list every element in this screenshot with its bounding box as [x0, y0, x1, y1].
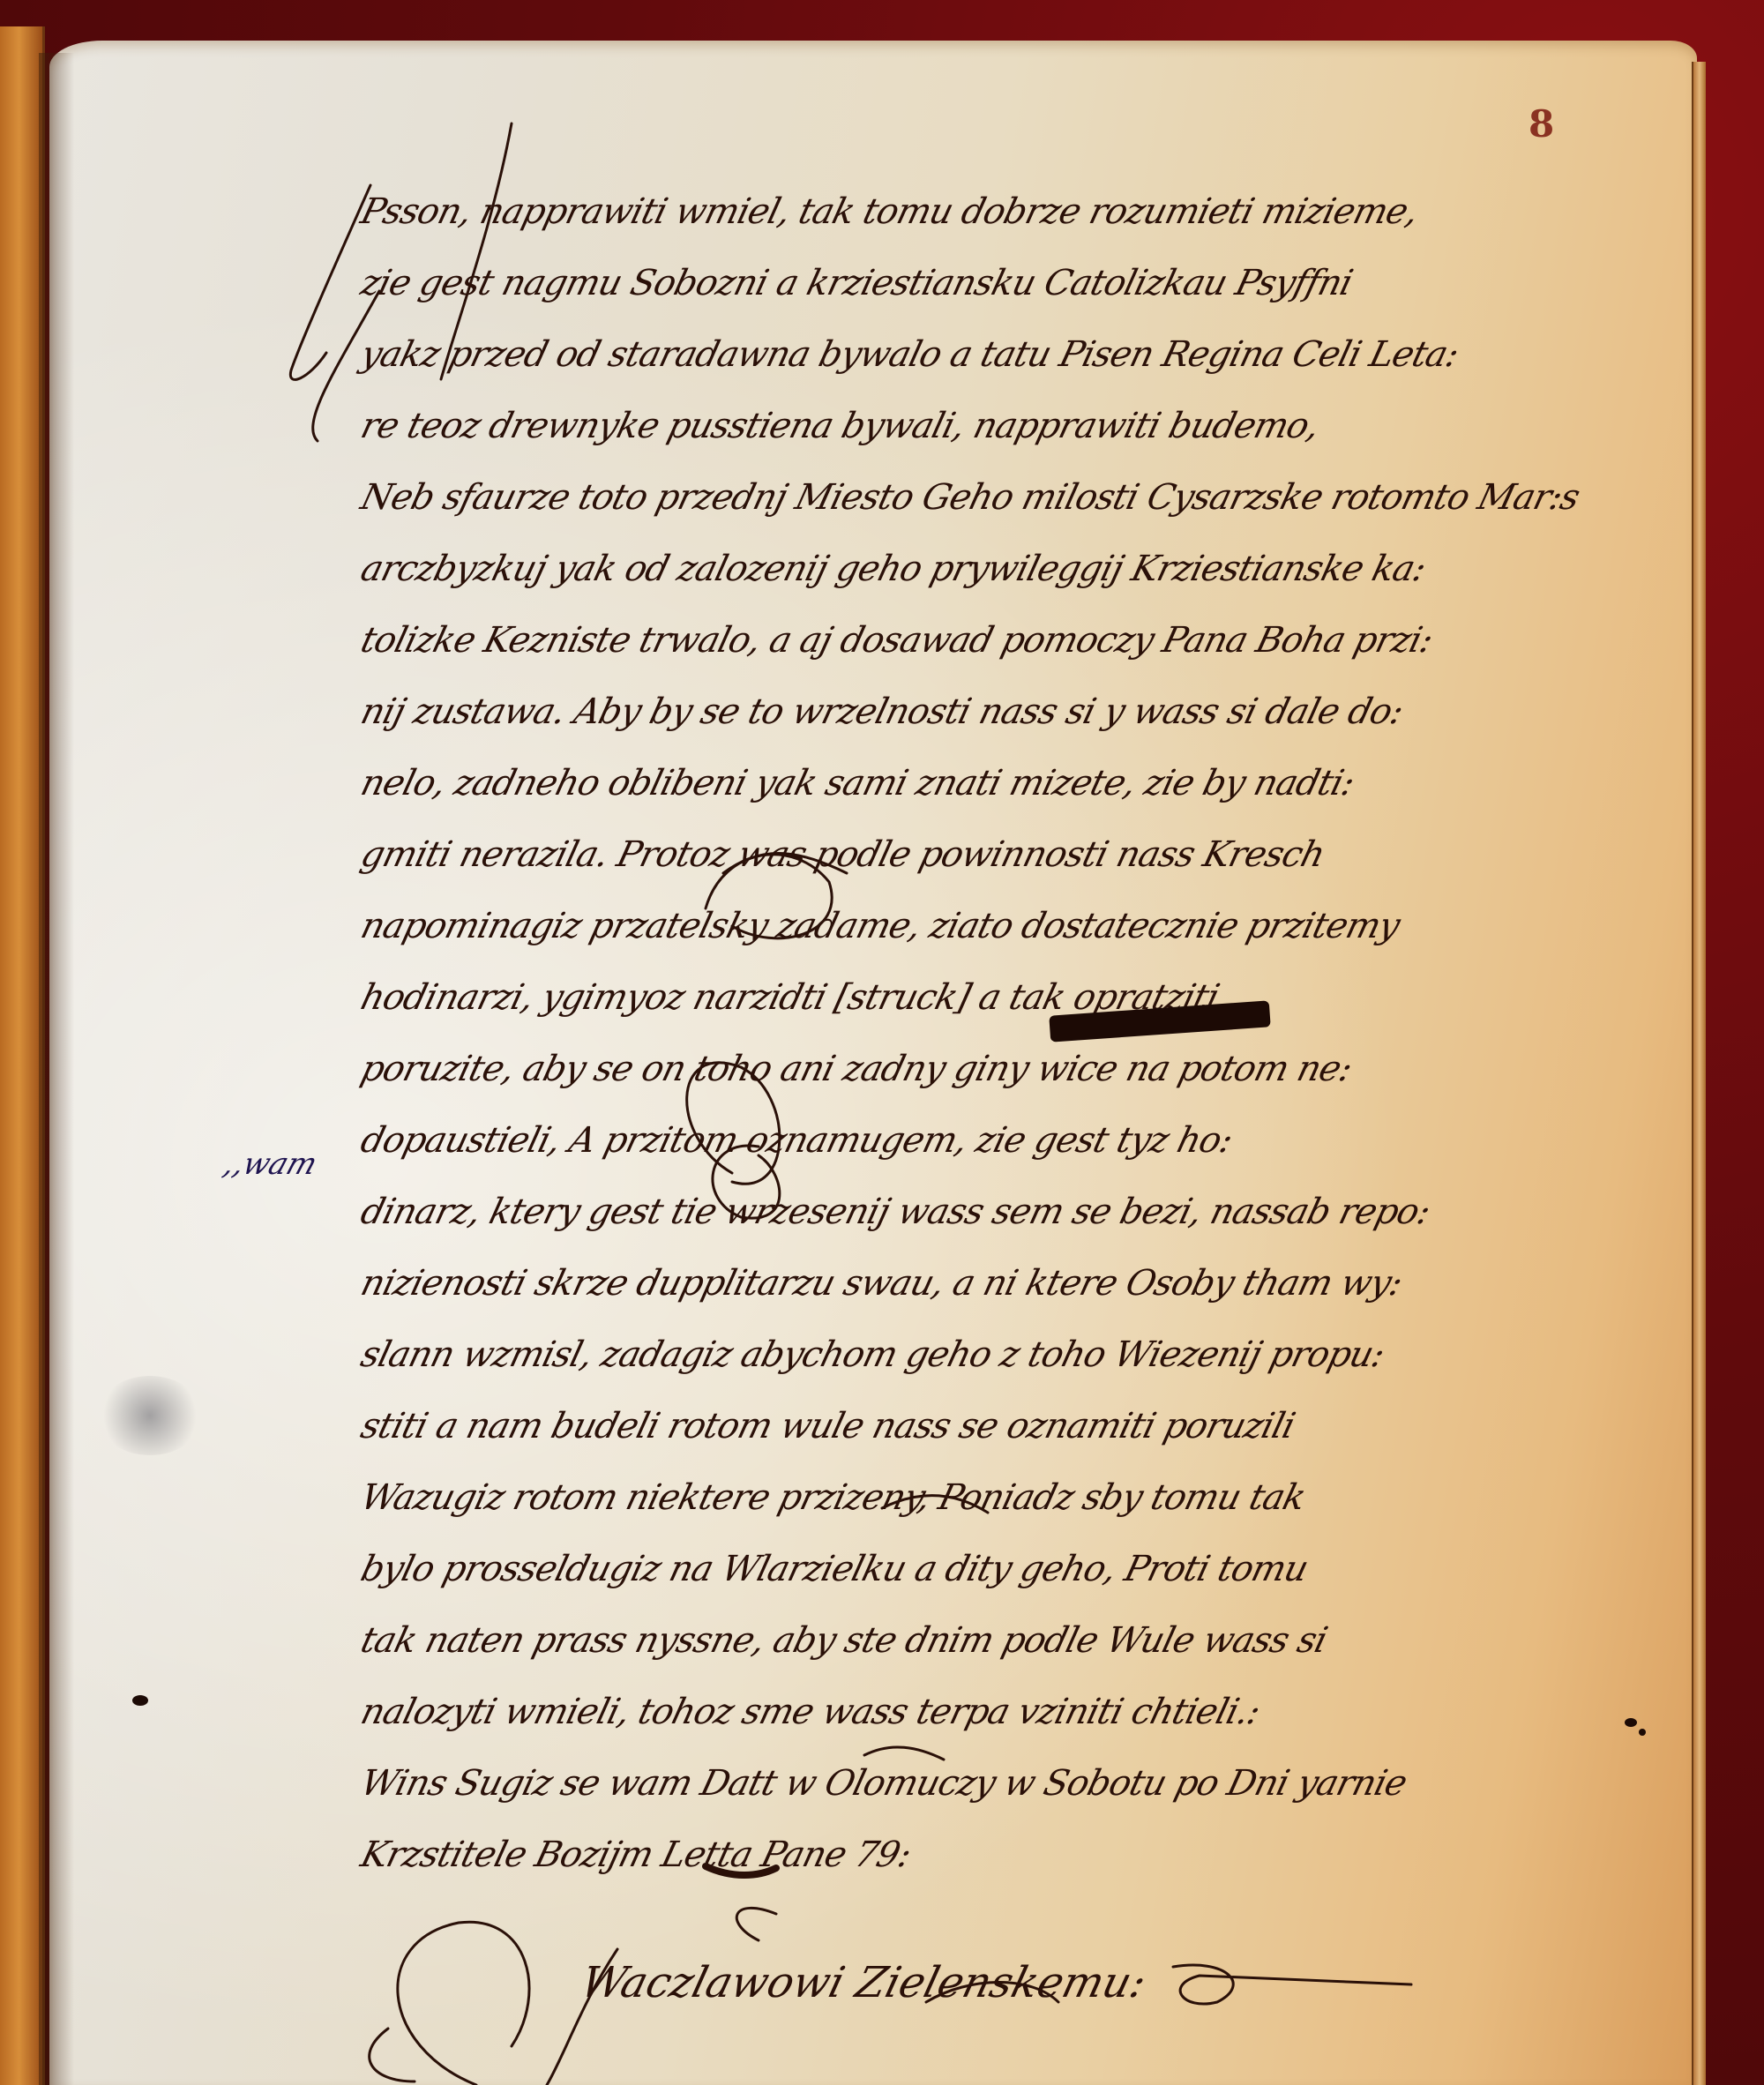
text-line: dopaustieli, A przitom oznamugem, zie ge…	[353, 1105, 1676, 1177]
text-line: Wins Sugiz se wam Datt w Olomuczy w Sobo…	[353, 1748, 1676, 1820]
text-line: yakz przed od staradawna bywalo a tatu P…	[353, 319, 1676, 391]
text-line: zie gest nagmu Sobozni a krziestiansku C…	[353, 248, 1676, 319]
text-line: tolizke Kezniste trwalo, a aj dosawad po…	[353, 605, 1676, 676]
text-line: napominagiz przatelsky zadame, ziato dos…	[353, 891, 1676, 962]
ink-dot	[1639, 1729, 1646, 1736]
letter-body: Psson, napprawiti wmiel, tak tomu dobrze…	[353, 176, 1658, 1891]
text-line: Psson, napprawiti wmiel, tak tomu dobrze…	[353, 176, 1676, 248]
signature-addressee: Waczlawowi Zielenskemu:	[576, 1958, 1151, 2007]
page-stack-edge	[1692, 62, 1706, 2085]
text-line: Krzstitele Bozijm Letta Pane 79:	[353, 1820, 1676, 1891]
text-line: dinarz, ktery gest tie wrzesenij wass se…	[353, 1177, 1676, 1248]
text-line: poruzite, aby se on toho ani zadny giny …	[353, 1034, 1676, 1105]
text-line: gmiti nerazila. Protoz was podle powinno…	[353, 819, 1676, 891]
text-line: arczbyzkuj yak od zalozenij geho prywile…	[353, 534, 1676, 605]
text-line: re teoz drewnyke pusstiena bywali, nappr…	[353, 391, 1676, 462]
text-line: bylo prosseldugiz na Wlarzielku a dity g…	[353, 1534, 1676, 1605]
text-line: slann wzmisl, zadagiz abychom geho z toh…	[353, 1319, 1676, 1391]
ink-dot	[1625, 1718, 1637, 1727]
text-line: tak naten prass nyssne, aby ste dnim pod…	[353, 1605, 1676, 1677]
text-line: stiti a nam budeli rotom wule nass se oz…	[353, 1391, 1676, 1462]
text-line: nalozyti wmieli, tohoz sme wass terpa vz…	[353, 1677, 1676, 1748]
photo-scene: 8 ,,wam Psson, napprawiti wmiel, tak tom…	[0, 0, 1764, 2085]
text-line: nelo, zadneho oblibeni yak sami znati mi…	[353, 748, 1676, 819]
text-line: nizienosti skrze dupplitarzu swau, a ni …	[353, 1248, 1676, 1319]
text-line: Wazugiz rotom niektere przizeny, Poniadz…	[353, 1462, 1676, 1534]
ink-smudge	[97, 1376, 203, 1455]
page-number: 8	[1529, 102, 1554, 146]
text-line: nij zustawa. Aby by se to wrzelnosti nas…	[353, 676, 1676, 748]
text-line: hodinarzi, ygimyoz narzidti [struck] a t…	[353, 962, 1676, 1034]
binding-shadow	[39, 53, 74, 2085]
margin-note: ,,wam	[220, 1147, 322, 1182]
ink-dot	[132, 1695, 148, 1706]
text-line: Neb sfaurze toto przednj Miesto Geho mil…	[353, 462, 1676, 534]
